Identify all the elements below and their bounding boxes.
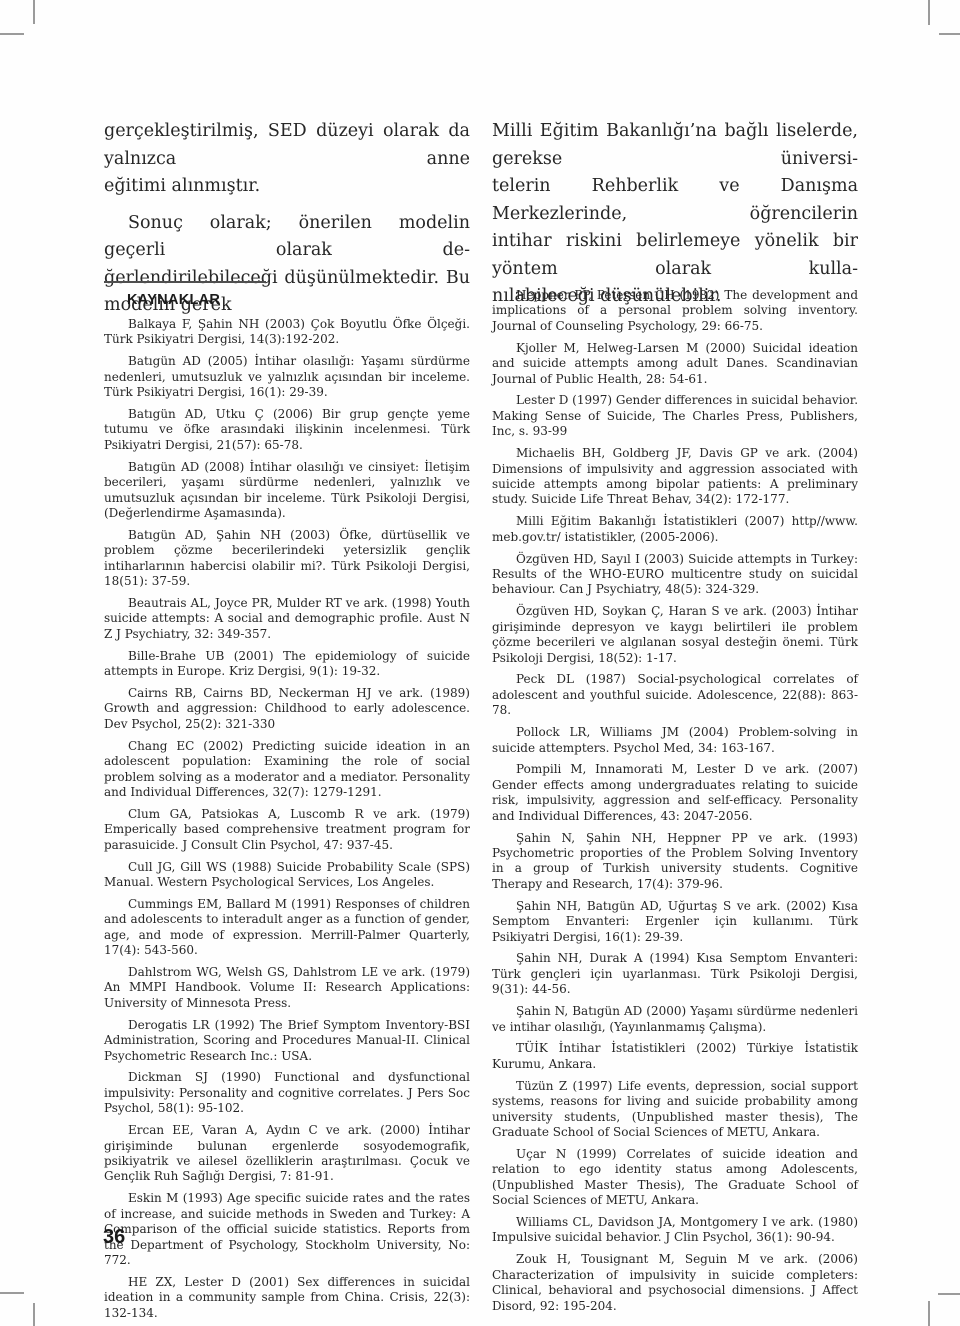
reference-entry: Clum GA, Patsiokas A, Luscomb R ve ark. … (104, 807, 470, 853)
reference-entry: Cull JG, Gill WS (1988) Suicide Probabil… (104, 860, 470, 891)
crop-mark-bottom-left-horizontal (0, 1292, 24, 1294)
reference-entry: TÜİK İntihar İstatistikleri (2002) Türki… (492, 1041, 858, 1072)
reference-entry: Batıgün AD (2008) İntihar olasılığı ve c… (104, 460, 470, 522)
intro-line: Milli Eğitim Bakanlığı’na bağlı liselerd… (492, 118, 858, 173)
reference-entry: Uçar N (1999) Correlates of suicide idea… (492, 1147, 858, 1209)
reference-entry: Kjoller M, Helweg-Larsen M (2000) Suicid… (492, 341, 858, 387)
crop-mark-top-right-horizontal (939, 33, 960, 35)
page-number: 36 (103, 1226, 125, 1249)
intro-line: intihar riskini belirlemeye yönelik bir … (492, 228, 858, 283)
reference-entry: Özgüven HD, Sayıl I (2003) Suicide attem… (492, 552, 858, 598)
reference-entry: Milli Eğitim Bakanlığı İstatistikleri (2… (492, 514, 858, 545)
reference-entry: Cairns RB, Cairns BD, Neckerman HJ ve ar… (104, 686, 470, 732)
reference-entry: Şahin N, Şahin NH, Heppner PP ve ark. (1… (492, 831, 858, 893)
references-heading: KAYNAKLAR (127, 292, 470, 308)
journal-page: gerçekleştirilmiş, SED düzeyi olarak da … (0, 0, 960, 1326)
intro-line: Sonuç olarak; önerilen modelin geçerli o… (104, 210, 470, 265)
reference-entry: Lester D (1997) Gender differences in su… (492, 393, 858, 439)
reference-entry: Williams CL, Davidson JA, Montgomery I v… (492, 1215, 858, 1246)
reference-entry: Şahin NH, Batıgün AD, Uğurtaş S ve ark. … (492, 899, 858, 945)
intro-line: eğitimi alınmıştır. (104, 173, 470, 201)
crop-mark-top-left-vertical (33, 0, 35, 24)
reference-entry: Batıgün AD, Şahin NH (2003) Öfke, dürtüs… (104, 528, 470, 590)
reference-entry: Cummings EM, Ballard M (1991) Responses … (104, 897, 470, 959)
reference-entry: Tüzün Z (1997) Life events, depression, … (492, 1079, 858, 1141)
reference-entry: Şahin NH, Durak A (1994) Kısa Semptom En… (492, 951, 858, 997)
crop-mark-bottom-left-vertical (33, 1303, 35, 1326)
reference-entry: Dickman SJ (1990) Functional and dysfunc… (104, 1070, 470, 1116)
reference-entry: Özgüven HD, Soykan Ç, Haran S ve ark. (2… (492, 604, 858, 666)
reference-entry: Balkaya F, Şahin NH (2003) Çok Boyutlu Ö… (104, 317, 470, 348)
references-list-left: Balkaya F, Şahin NH (2003) Çok Boyutlu Ö… (104, 317, 470, 1321)
references-list-right: Heppner PP, Petersen CH (1982) The devel… (492, 288, 858, 1314)
reference-entry: Pollock LR, Williams JM (2004) Problem-s… (492, 725, 858, 756)
reference-entry: Pompili M, Innamorati M, Lester D ve ark… (492, 762, 858, 824)
reference-entry: Peck DL (1987) Social-psychological corr… (492, 672, 858, 718)
reference-entry: Heppner PP, Petersen CH (1982) The devel… (492, 288, 858, 334)
intro-right-column: Milli Eğitim Bakanlığı’na bağlı liselerd… (492, 118, 858, 311)
reference-entry: Batıgün AD, Utku Ç (2006) Bir grup gençt… (104, 407, 470, 453)
reference-entry: Batıgün AD (2005) İntihar olasılığı: Yaş… (104, 354, 470, 400)
references-right-column: Heppner PP, Petersen CH (1982) The devel… (492, 288, 858, 1320)
reference-entry: Şahin N, Batıgün AD (2000) Yaşamı sürdür… (492, 1004, 858, 1035)
intro-paragraph: Milli Eğitim Bakanlığı’na bağlı liselerd… (492, 118, 858, 311)
reference-entry: Dahlstrom WG, Welsh GS, Dahlstrom LE ve … (104, 965, 470, 1011)
intro-paragraph: gerçekleştirilmiş, SED düzeyi olarak da … (104, 118, 470, 201)
reference-entry: Michaelis BH, Goldberg JF, Davis GP ve a… (492, 446, 858, 508)
reference-entry: Ercan EE, Varan A, Aydın C ve ark. (2000… (104, 1123, 470, 1185)
reference-entry: Chang EC (2002) Predicting suicide ideat… (104, 739, 470, 801)
crop-mark-top-left-horizontal (0, 33, 24, 35)
crop-mark-top-right-vertical (928, 0, 930, 25)
reference-entry: Beautrais AL, Joyce PR, Mulder RT ve ark… (104, 596, 470, 642)
section-rule (104, 281, 266, 283)
crop-mark-bottom-right-horizontal (938, 1293, 960, 1295)
reference-entry: HE ZX, Lester D (2001) Sex differences i… (104, 1275, 470, 1321)
reference-entry: Bille-Brahe UB (2001) The epidemiology o… (104, 649, 470, 680)
references-left-column: KAYNAKLAR Balkaya F, Şahin NH (2003) Çok… (104, 281, 470, 1326)
intro-line: telerin Rehberlik ve Danışma Merkezlerin… (492, 173, 858, 228)
intro-line: gerçekleştirilmiş, SED düzeyi olarak da … (104, 118, 470, 173)
reference-entry: Zouk H, Tousignant M, Seguin M ve ark. (… (492, 1252, 858, 1314)
reference-entry: Eskin M (1993) Age specific suicide rate… (104, 1191, 470, 1268)
crop-mark-bottom-right-vertical (928, 1301, 930, 1326)
reference-entry: Derogatis LR (1992) The Brief Symptom In… (104, 1018, 470, 1064)
